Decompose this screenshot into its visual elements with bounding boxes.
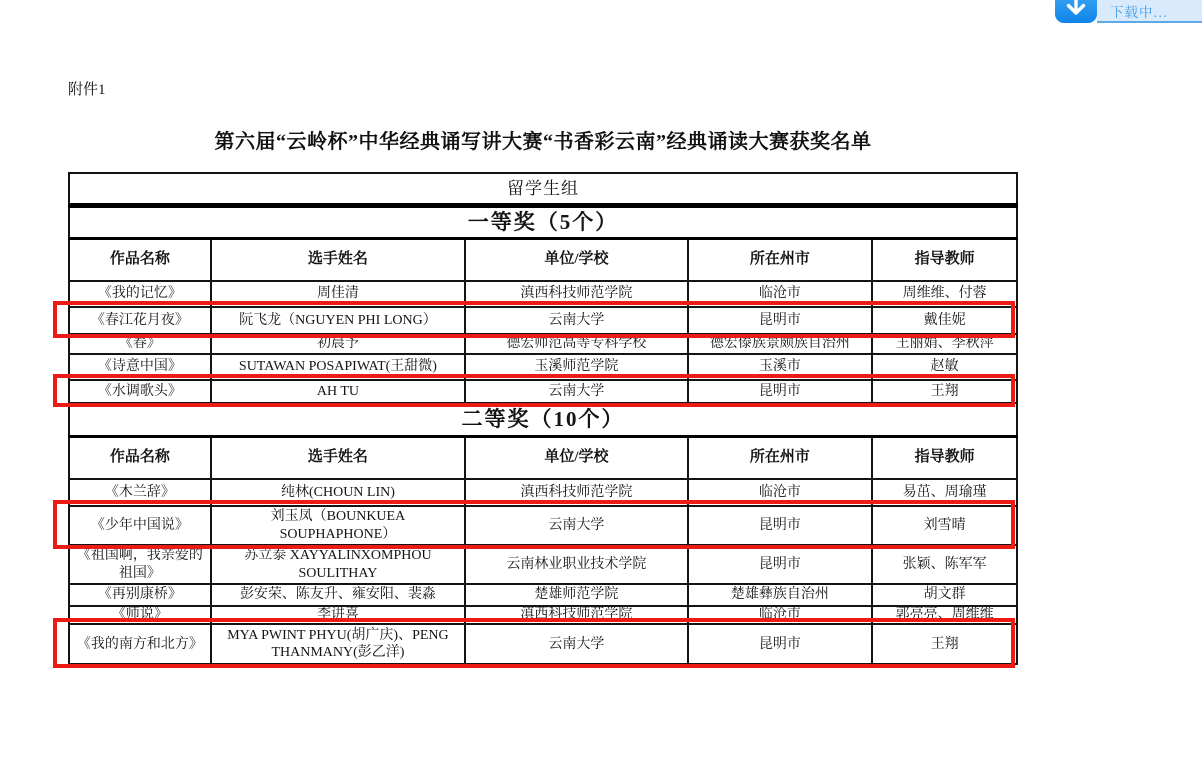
table-cell: 《祖国啊，我亲爱的祖国》 (69, 545, 211, 584)
attachment-label: 附件1 (68, 78, 106, 99)
table-cell: 周佳清 (211, 281, 465, 307)
column-header: 单位/学校 (465, 238, 687, 281)
table-cell: 云南大学 (465, 506, 687, 545)
table-row: 《木兰辞》纯林(CHOUN LIN)滇西科技师范学院临沧市易茁、周瑜瑾 (69, 479, 1017, 506)
column-header: 单位/学校 (465, 436, 687, 479)
table-cell: 王丽娟、李秋萍 (872, 334, 1017, 354)
table-cell: 滇西科技师范学院 (465, 281, 687, 307)
table-cell: MYA PWINT PHYU(胡广庆)、PENG THANMANY(彭乙洋) (211, 624, 465, 664)
column-header: 选手姓名 (211, 436, 465, 479)
table-cell: 苏立泰 XAYYALINXOMPHOU SOULITHAY (211, 545, 465, 584)
table-cell: AH TU (211, 380, 465, 403)
column-header: 作品名称 (69, 238, 211, 281)
table-cell: 楚雄彝族自治州 (688, 584, 873, 606)
table-cell: SUTAWAN POSAPIWAT(王甜微) (211, 354, 465, 380)
table-row: 《春》初晨予德宏师范高等专科学校德宏傣族景颇族自治州王丽娟、李秋萍 (69, 334, 1017, 354)
column-header: 作品名称 (69, 436, 211, 479)
section-title-row: 二等奖（10个） (69, 403, 1017, 436)
table-cell: 赵敏 (872, 354, 1017, 380)
awards-table-wrap: 留学生组一等奖（5个）作品名称选手姓名单位/学校所在州市指导教师《我的记忆》周佳… (68, 172, 1018, 665)
table-row: 《再别康桥》彭安荣、陈友升、雍安阳、裴淼楚雄师范学院楚雄彝族自治州胡文群 (69, 584, 1017, 606)
column-header: 选手姓名 (211, 238, 465, 281)
table-cell: 滇西科技师范学院 (465, 606, 687, 624)
download-status[interactable]: 下载中... (1097, 0, 1202, 23)
table-cell: 滇西科技师范学院 (465, 479, 687, 506)
table-cell: 王翔 (872, 624, 1017, 664)
table-cell: 《诗意中国》 (69, 354, 211, 380)
table-row: 《师说》李讲喜滇西科技师范学院临沧市郭亮亮、周维维 (69, 606, 1017, 624)
download-icon (1064, 0, 1088, 20)
table-cell: 胡文群 (872, 584, 1017, 606)
table-cell: 云南大学 (465, 624, 687, 664)
table-row: 《我的记忆》周佳清滇西科技师范学院临沧市周维维、付蓉 (69, 281, 1017, 307)
table-cell: 纯林(CHOUN LIN) (211, 479, 465, 506)
column-header-row: 作品名称选手姓名单位/学校所在州市指导教师 (69, 436, 1017, 479)
column-header-row: 作品名称选手姓名单位/学校所在州市指导教师 (69, 238, 1017, 281)
table-cell: 德宏师范高等专科学校 (465, 334, 687, 354)
download-status-label: 下载中... (1110, 1, 1168, 21)
table-cell: 《再别康桥》 (69, 584, 211, 606)
group-header-row: 留学生组 (69, 173, 1017, 205)
table-cell: 云南林业职业技术学院 (465, 545, 687, 584)
table-row: 《祖国啊，我亲爱的祖国》苏立泰 XAYYALINXOMPHOU SOULITHA… (69, 545, 1017, 584)
table-cell: 《木兰辞》 (69, 479, 211, 506)
table-cell: 云南大学 (465, 307, 687, 334)
table-row: 《春江花月夜》阮飞龙（NGUYEN PHI LONG）云南大学昆明市戴佳妮 (69, 307, 1017, 334)
table-cell: 临沧市 (688, 281, 873, 307)
table-cell: 初晨予 (211, 334, 465, 354)
table-cell: 张颖、陈军军 (872, 545, 1017, 584)
table-cell: 昆明市 (688, 506, 873, 545)
section-title-row: 一等奖（5个） (69, 205, 1017, 238)
table-cell: 《春江花月夜》 (69, 307, 211, 334)
table-cell: 昆明市 (688, 545, 873, 584)
table-cell: 戴佳妮 (872, 307, 1017, 334)
table-cell: 《少年中国说》 (69, 506, 211, 545)
table-cell: 阮飞龙（NGUYEN PHI LONG） (211, 307, 465, 334)
table-cell: 刘雪晴 (872, 506, 1017, 545)
table-cell: 玉溪市 (688, 354, 873, 380)
table-cell: 玉溪师范学院 (465, 354, 687, 380)
table-cell: 《师说》 (69, 606, 211, 624)
table-cell: 临沧市 (688, 606, 873, 624)
table-row: 《少年中国说》刘玉凤（BOUNKUEA SOUPHAPHONE）云南大学昆明市刘… (69, 506, 1017, 545)
table-row: 《我的南方和北方》MYA PWINT PHYU(胡广庆)、PENG THANMA… (69, 624, 1017, 664)
table-cell: 云南大学 (465, 380, 687, 403)
section-title: 一等奖（5个） (69, 205, 1017, 238)
table-cell: 王翔 (872, 380, 1017, 403)
table-cell: 《水调歌头》 (69, 380, 211, 403)
table-cell: 昆明市 (688, 624, 873, 664)
column-header: 所在州市 (688, 238, 873, 281)
column-header: 指导教师 (872, 436, 1017, 479)
table-cell: 周维维、付蓉 (872, 281, 1017, 307)
table-cell: 楚雄师范学院 (465, 584, 687, 606)
column-header: 指导教师 (872, 238, 1017, 281)
download-indicator: 下载中... (1055, 0, 1202, 23)
table-cell: 刘玉凤（BOUNKUEA SOUPHAPHONE） (211, 506, 465, 545)
table-cell: 昆明市 (688, 380, 873, 403)
table-row: 《诗意中国》SUTAWAN POSAPIWAT(王甜微)玉溪师范学院玉溪市赵敏 (69, 354, 1017, 380)
table-cell: 《我的南方和北方》 (69, 624, 211, 664)
table-row: 《水调歌头》AH TU云南大学昆明市王翔 (69, 380, 1017, 403)
table-cell: 彭安荣、陈友升、雍安阳、裴淼 (211, 584, 465, 606)
group-header-cell: 留学生组 (69, 173, 1017, 205)
table-cell: 《我的记忆》 (69, 281, 211, 307)
awards-table: 留学生组一等奖（5个）作品名称选手姓名单位/学校所在州市指导教师《我的记忆》周佳… (68, 172, 1018, 665)
download-button[interactable] (1055, 0, 1097, 23)
table-cell: 德宏傣族景颇族自治州 (688, 334, 873, 354)
table-cell: 《春》 (69, 334, 211, 354)
section-title: 二等奖（10个） (69, 403, 1017, 436)
document-title: 第六届“云岭杯”中华经典诵写讲大赛“书香彩云南”经典诵读大赛获奖名单 (68, 125, 1018, 154)
table-cell: 昆明市 (688, 307, 873, 334)
table-cell: 易茁、周瑜瑾 (872, 479, 1017, 506)
table-cell: 李讲喜 (211, 606, 465, 624)
table-cell: 临沧市 (688, 479, 873, 506)
table-cell: 郭亮亮、周维维 (872, 606, 1017, 624)
column-header: 所在州市 (688, 436, 873, 479)
